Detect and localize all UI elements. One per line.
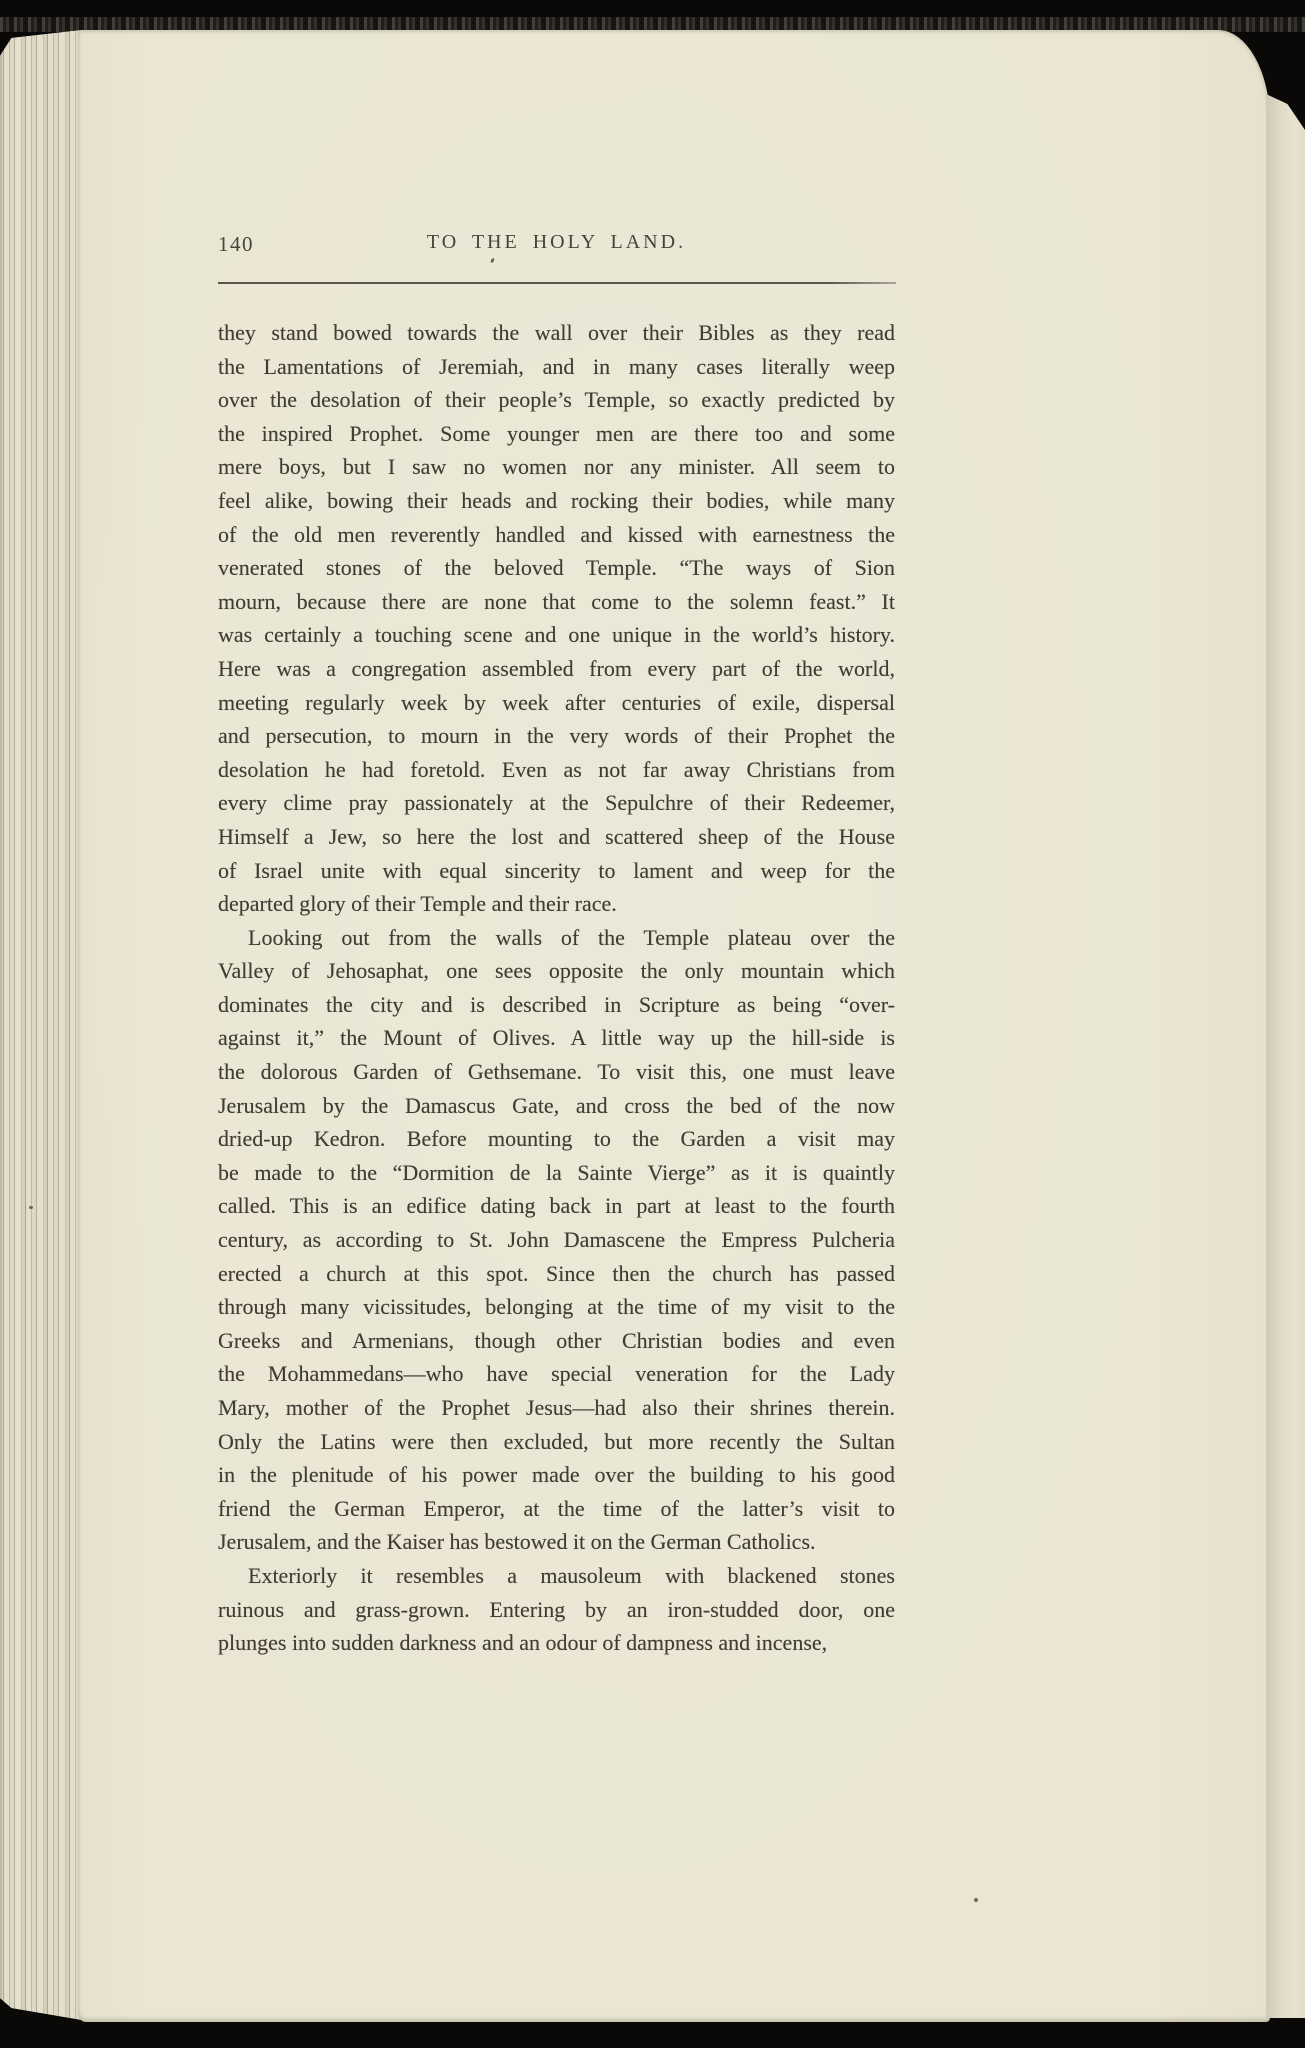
- text-line: every clime pray passionately at the Sep…: [218, 786, 895, 820]
- book-page: 140 TO THE HOLY LAND. they stand bowed t…: [78, 30, 1270, 2022]
- text-line: mere boys, but I saw no women nor any mi…: [218, 450, 895, 484]
- running-title: TO THE HOLY LAND.: [218, 231, 895, 254]
- text-line: ruinous and grass-grown. Entering by an …: [218, 1593, 895, 1627]
- text-line: of Israel unite with equal sincerity to …: [218, 854, 895, 888]
- text-line: the Lamentations of Jeremiah, and in man…: [218, 350, 895, 384]
- header-rule: [218, 282, 896, 284]
- page-speck: [29, 1206, 33, 1209]
- page-edge-stack: [0, 30, 82, 2020]
- text-line: Himself a Jew, so here the lost and scat…: [218, 820, 895, 854]
- text-line: called. This is an edifice dating back i…: [218, 1189, 895, 1223]
- text-line: be made to the “Dormition de la Sainte V…: [218, 1156, 895, 1190]
- text-line: meeting regularly week by week after cen…: [218, 686, 895, 720]
- text-line: Greeks and Armenians, though other Chris…: [218, 1324, 895, 1358]
- text-line: the dolorous Garden of Gethsemane. To vi…: [218, 1055, 895, 1089]
- text-line: over the desolation of their people’s Te…: [218, 383, 895, 417]
- text-line: Jerusalem by the Damascus Gate, and cros…: [218, 1089, 895, 1123]
- text-line: against it,” the Mount of Olives. A litt…: [218, 1021, 895, 1055]
- text-line: Looking out from the walls of the Temple…: [218, 921, 895, 955]
- text-line: erected a church at this spot. Since the…: [218, 1257, 895, 1291]
- text-line: and persecution, to mourn in the very wo…: [218, 719, 895, 753]
- text-line: the Mohammedans—who have special venerat…: [218, 1357, 895, 1391]
- page-header: 140 TO THE HOLY LAND.: [218, 226, 895, 266]
- text-line: of the old men reverently handled and ki…: [218, 518, 895, 552]
- text-line: in the plenitude of his power made over …: [218, 1458, 895, 1492]
- text-line: Valley of Jehosaphat, one sees opposite …: [218, 954, 895, 988]
- text-line: mourn, because there are none that come …: [218, 585, 895, 619]
- text-line: century, as according to St. John Damasc…: [218, 1223, 895, 1257]
- text-line: dominates the city and is described in S…: [218, 988, 895, 1022]
- body-text: they stand bowed towards the wall over t…: [218, 316, 895, 1668]
- scan-background: 140 TO THE HOLY LAND. they stand bowed t…: [0, 0, 1305, 2048]
- text-line: Exteriorly it resembles a mausoleum with…: [218, 1559, 895, 1593]
- page-fold-strip: [1266, 94, 1305, 2018]
- page-speck: [974, 1898, 978, 1902]
- text-line: Jerusalem, and the Kaiser has bestowed i…: [218, 1525, 895, 1559]
- text-line: feel alike, bowing their heads and rocki…: [218, 484, 895, 518]
- text-line: venerated stones of the beloved Temple. …: [218, 551, 895, 585]
- text-line: plunges into sudden darkness and an odou…: [218, 1626, 895, 1660]
- text-line: friend the German Emperor, at the time o…: [218, 1492, 895, 1526]
- text-line: desolation he had foretold. Even as not …: [218, 753, 895, 787]
- text-line: the inspired Prophet. Some younger men a…: [218, 417, 895, 451]
- text-line: through many vicissitudes, belonging at …: [218, 1290, 895, 1324]
- text-line: was certainly a touching scene and one u…: [218, 618, 895, 652]
- text-line: Mary, mother of the Prophet Jesus—had al…: [218, 1391, 895, 1425]
- text-line: Only the Latins were then excluded, but …: [218, 1425, 895, 1459]
- text-line: Here was a congregation assembled from e…: [218, 652, 895, 686]
- text-line: dried-up Kedron. Before mounting to the …: [218, 1122, 895, 1156]
- text-line: they stand bowed towards the wall over t…: [218, 316, 895, 350]
- text-line: departed glory of their Temple and their…: [218, 887, 895, 921]
